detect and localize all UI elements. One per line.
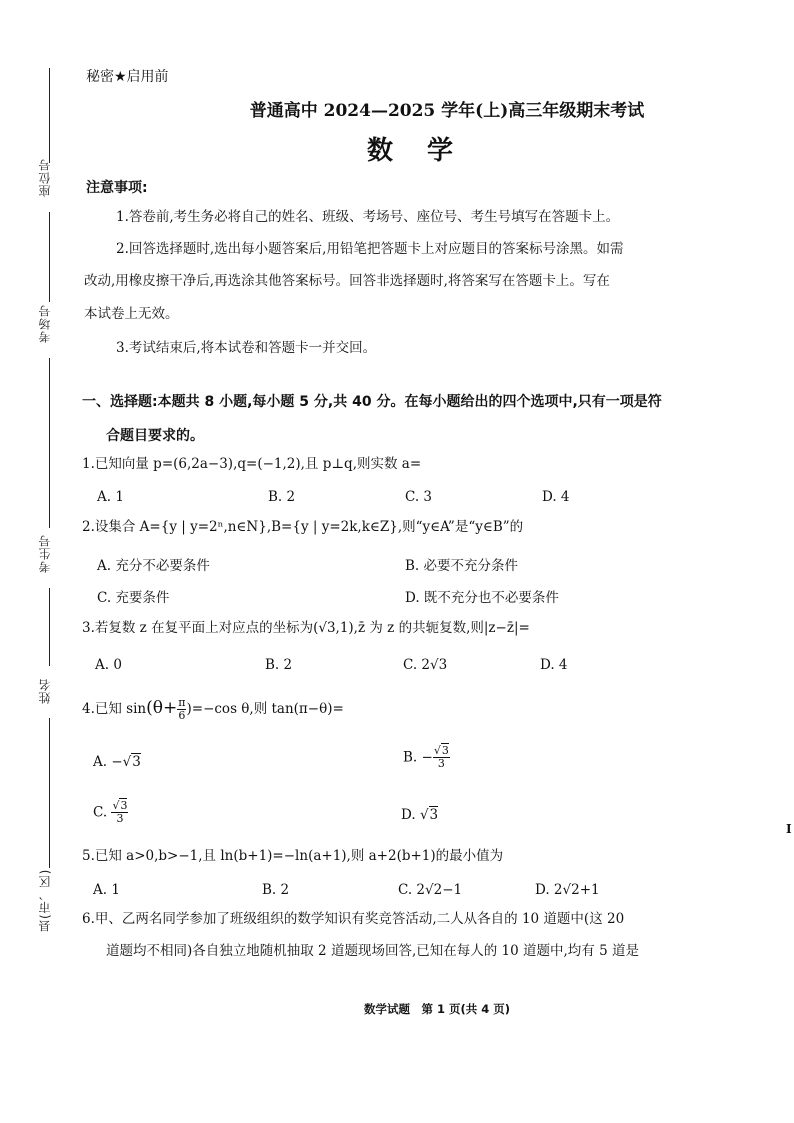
- q4-c-label: C.: [93, 805, 111, 821]
- question-4-stem: 4.已知 sin(θ+π6)=−cos θ,则 tan(π−θ)=: [82, 697, 344, 722]
- q1-option-d: D. 4: [542, 489, 570, 505]
- section-heading-cont: 合题目要求的。: [106, 425, 204, 445]
- q4-b-fraction: √33: [433, 745, 450, 770]
- q2-option-b: B. 必要不充分条件: [405, 554, 518, 574]
- q5-option-d: D. 2√2+1: [535, 882, 600, 898]
- exam-title: 普通高中 2024—2025 学年(上)高三年级期末考试: [250, 96, 645, 121]
- sqrt-icon: √: [420, 807, 429, 823]
- exam-title-row: 普通高中 2024—2025 学年(上)高三年级期末考试: [0, 96, 794, 121]
- q2-option-c: C. 充要条件: [97, 586, 169, 606]
- q4-option-b: B. −√33: [403, 745, 450, 770]
- q4-stem-prefix: 4.已知 sin: [82, 701, 146, 717]
- q4-d-radicand: 3: [429, 806, 439, 823]
- q3-option-d: D. 4: [540, 657, 568, 673]
- notice-item: 本试卷上无效。: [84, 308, 179, 322]
- sqrt-icon: √: [434, 744, 441, 757]
- q1-option-c: C. 3: [405, 489, 432, 505]
- q1-option-b: B. 2: [268, 489, 295, 505]
- question-2-stem: 2.设集合 A={y | y=2ⁿ,n∈N},B={y | y=2k,k∈Z},…: [82, 521, 523, 535]
- notice-item: 2.回答选择题时,选出每小题答案后,用铅笔把答题卡上对应题目的答案标号涂黑。如需: [116, 243, 623, 257]
- margin-label-student-id: 考生号: [36, 528, 56, 573]
- question-5-stem: 5.已知 a>0,b>−1,且 ln(b+1)=−ln(a+1),则 a+2(b…: [82, 850, 503, 864]
- q4-b-radicand: 3: [441, 743, 449, 757]
- question-3-stem: 3.若复数 z 在复平面上对应点的坐标为(√3,1),z̄ 为 z 的共轭复数,…: [82, 622, 530, 636]
- q3-option-b: B. 2: [265, 657, 292, 673]
- q3-option-c: C. 2√3: [403, 657, 447, 673]
- notice-item: 3.考试结束后,将本试卷和答题卡一并交回。: [116, 342, 376, 356]
- q4-option-d: D. √3: [401, 807, 438, 823]
- q4-stem-suffix: )=−cos θ,则 tan(π−θ)=: [186, 701, 343, 717]
- question-6-stem-line2: 道题均不相同)各自独立地随机抽取 2 道题现场回答,已知在每人的 10 道题中,…: [106, 945, 639, 959]
- notice-item: 改动,用橡皮擦干净后,再选涂其他答案标号。回答非选择题时,将答案写在答题卡上。写…: [84, 275, 610, 289]
- q4-b-label: B. −: [403, 750, 433, 766]
- sqrt-icon: √: [123, 754, 132, 770]
- margin-line: [49, 358, 50, 528]
- q5-option-c: C. 2√2−1: [398, 882, 462, 898]
- margin-label-name: 姓名: [36, 664, 56, 704]
- margin-label-room: 考场号: [36, 298, 56, 343]
- q4-a-radicand: 3: [131, 753, 141, 770]
- q4-c-radicand: 3: [119, 798, 127, 812]
- notice-heading: 注意事项:: [86, 177, 148, 197]
- footer-row: 数学试题 第 1 页(共 4 页): [0, 1001, 794, 1017]
- question-1-stem: 1.已知向量 p=(6,2a−3),q=(−1,2),且 p⊥q,则实数 a=: [82, 458, 421, 472]
- q4-a-label: A. −: [93, 754, 123, 770]
- subject-title: 数学: [367, 130, 487, 167]
- margin-line: [49, 588, 50, 666]
- notice-item: 1.答卷前,考生务必将自己的姓名、班级、考场号、座位号、考生号填写在答题卡上。: [116, 211, 619, 225]
- q4-c-fraction: √33: [111, 800, 128, 825]
- q2-option-d: D. 既不充分也不必要条件: [405, 586, 559, 606]
- confidential-label: 秘密★启用前: [86, 66, 169, 86]
- q4-stem-paren: (θ+: [146, 698, 177, 718]
- q5-option-a: A. 1: [93, 882, 120, 898]
- margin-label-county: 县(市、区): [36, 862, 56, 932]
- q4-option-a: A. −√3: [93, 754, 141, 770]
- q1-option-a: A. 1: [97, 489, 124, 505]
- q4-c-den: 3: [111, 813, 128, 825]
- subject-row: 数学: [0, 130, 794, 167]
- q4-b-den: 3: [433, 758, 450, 770]
- page-footer: 数学试题 第 1 页(共 4 页): [364, 1002, 510, 1016]
- q3-option-a: A. 0: [95, 657, 122, 673]
- q4-option-c: C. √33: [93, 800, 128, 825]
- q2-option-a: A. 充分不必要条件: [97, 554, 210, 574]
- q4-d-label: D.: [401, 807, 420, 823]
- section-heading: 一、选择题:本题共 8 小题,每小题 5 分,共 40 分。在每小题给出的四个选…: [82, 391, 662, 411]
- edge-mark: I: [786, 822, 792, 836]
- question-6-stem-line1: 6.甲、乙两名同学参加了班级组织的数学知识有奖竞答活动,二人从各自的 10 道题…: [82, 913, 624, 927]
- margin-line: [49, 718, 50, 868]
- margin-line: [49, 212, 50, 302]
- q5-option-b: B. 2: [262, 882, 289, 898]
